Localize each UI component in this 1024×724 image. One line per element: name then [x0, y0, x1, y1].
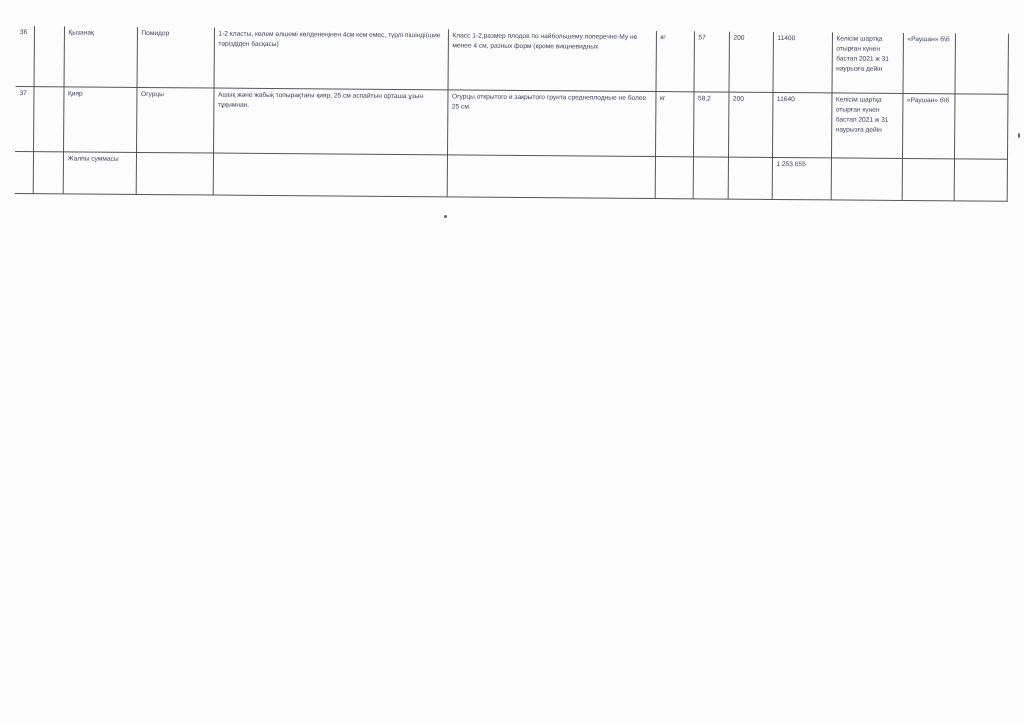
note — [954, 94, 1008, 159]
item-description-ru: Огурцы открытого и закрытого грунта сред… — [447, 90, 656, 157]
procurement-table: 36 Қызанақ Помидор 1-2 класты, көлем өлш… — [15, 26, 1009, 202]
empty-cell — [33, 152, 63, 194]
item-description-kz: Ашық және жабық топырақтағы қияр, 25 см … — [213, 88, 448, 155]
empty-cell — [33, 87, 64, 152]
empty-cell — [15, 151, 33, 193]
scan-speck — [444, 215, 447, 218]
price: 57 — [694, 31, 729, 92]
empty-cell — [447, 155, 655, 199]
item-name-kz: Қияр — [63, 87, 137, 153]
sum: 11400 — [773, 32, 832, 93]
total-sum: 1 253 655 — [772, 157, 831, 199]
sum: 11640 — [772, 92, 832, 157]
unit: кг — [656, 31, 694, 92]
item-name-kz: Қызанақ — [64, 26, 137, 87]
empty-cell — [693, 157, 728, 199]
total-label: Жалпы суммасы — [63, 152, 136, 195]
empty-cell — [954, 159, 1007, 201]
item-name-ru: Огурцы — [136, 87, 214, 153]
unit: кг — [655, 92, 694, 157]
empty-cell — [136, 152, 213, 195]
scan-speck — [1018, 133, 1020, 138]
empty-cell — [902, 158, 954, 200]
price: 58,2 — [693, 92, 729, 157]
empty-cell — [831, 158, 902, 201]
supplier: «Раушан» б\б — [902, 93, 955, 158]
row-number: 36 — [16, 26, 34, 87]
quantity: 200 — [729, 32, 773, 93]
quantity: 200 — [728, 92, 773, 157]
empty-cell — [728, 157, 772, 199]
item-description-kz: 1-2 класты, көлем өлшемі көлденеңінен 4с… — [214, 28, 448, 90]
table-row: 37 Қияр Огурцы Ашық және жабық топырақта… — [15, 86, 1007, 159]
item-description-ru: Класс 1-2,размер плодов по найбольшему п… — [448, 29, 656, 91]
delivery-term: Келісім шартқа отырған күнен бастап 2021… — [831, 93, 903, 159]
empty-cell — [34, 26, 64, 87]
supplier: «Раушан» б\б — [902, 33, 954, 94]
scanned-page: 36 Қызанақ Помидор 1-2 класты, көлем өлш… — [0, 0, 1024, 724]
note — [954, 33, 1007, 94]
row-number: 37 — [15, 86, 34, 151]
item-name-ru: Помидор — [137, 27, 214, 88]
total-row: Жалпы суммасы 1 253 655 — [15, 151, 1007, 201]
table-row: 36 Қызанақ Помидор 1-2 класты, көлем өлш… — [16, 26, 1008, 94]
delivery-term: Келісім шартқа отырған күнен бастап 2021… — [831, 32, 902, 93]
empty-cell — [213, 153, 447, 197]
empty-cell — [655, 157, 693, 199]
